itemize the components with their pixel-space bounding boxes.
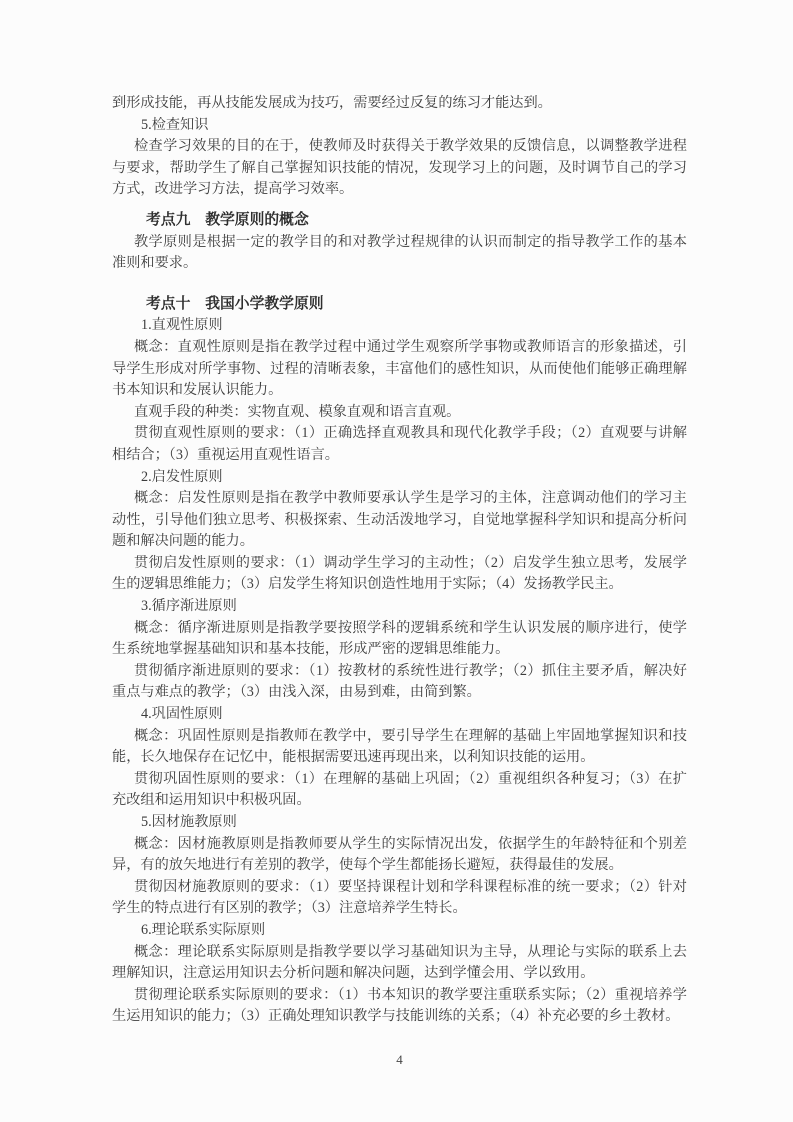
principle-3-requirements: 贯彻循序渐进原则的要求：（1）按教材的系统性进行教学；（2）抓住主要矛盾，解决好… — [112, 661, 687, 704]
paragraph-continuation: 到形成技能，再从技能发展成为技巧，需要经过反复的练习才能达到。 — [112, 93, 687, 115]
section-heading-kaodian-10: 考点十 我国小学教学原则 — [112, 294, 687, 316]
principle-4-requirements: 贯彻巩固性原则的要求：（1）在理解的基础上巩固；（2）重视组织各种复习；（3）在… — [112, 769, 687, 812]
principle-title-4: 4.巩固性原则 — [112, 704, 687, 726]
principle-2-concept: 概念：启发性原则是指在教学中教师要承认学生是学习的主体，注意调动他们的学习主动性… — [112, 488, 687, 553]
principle-4-concept: 概念：巩固性原则是指教师在教学中，要引导学生在理解的基础上牢固地掌握知识和技能，… — [112, 726, 687, 769]
principle-2-requirements: 贯彻启发性原则的要求：（1）调动学生学习的主动性；（2）启发学生独立思考，发展学… — [112, 553, 687, 596]
principle-title-2: 2.启发性原则 — [112, 467, 687, 489]
principle-1-requirements: 贯彻直观性原则的要求：（1）正确选择直观教具和现代化教学手段；（2）直观要与讲解… — [112, 423, 687, 466]
principle-1-concept: 概念：直观性原则是指在教学过程中通过学生观察所学事物或教师语言的形象描述，引导学… — [112, 337, 687, 402]
paragraph-check-knowledge: 检查学习效果的目的在于，使教师及时获得关于教学效果的反馈信息，以调整教学进程与要… — [112, 136, 687, 201]
principle-6-concept: 概念：理论联系实际原则是指教学要以学习基础知识为主导，从理论与实际的联系上去理解… — [112, 942, 687, 985]
principle-title-6: 6.理论联系实际原则 — [112, 920, 687, 942]
principle-title-1: 1.直观性原则 — [112, 315, 687, 337]
page-number: 4 — [112, 1049, 687, 1071]
principle-title-5: 5.因材施教原则 — [112, 812, 687, 834]
principle-5-requirements: 贯彻因材施教原则的要求：（1）要坚持课程计划和学科课程标准的统一要求；（2）针对… — [112, 877, 687, 920]
list-item-title-check-knowledge: 5.检查知识 — [112, 115, 687, 137]
document-page: 到形成技能，再从技能发展成为技巧，需要经过反复的练习才能达到。 5.检查知识 检… — [0, 0, 793, 1122]
principle-5-concept: 概念：因材施教原则是指教师要从学生的实际情况出发，依据学生的年龄特征和个别差异，… — [112, 834, 687, 877]
section-heading-kaodian-9: 考点九 教学原则的概念 — [112, 210, 687, 232]
paragraph-kaodian-9-body: 教学原则是根据一定的教学目的和对教学过程规律的认识而制定的指导教学工作的基本准则… — [112, 232, 687, 275]
principle-6-requirements: 贯彻理论联系实际原则的要求：（1）书本知识的教学要注重联系实际；（2）重视培养学… — [112, 985, 687, 1028]
principle-1-types: 直观手段的种类：实物直观、模象直观和语言直观。 — [112, 402, 687, 424]
principle-3-concept: 概念：循序渐进原则是指教学要按照学科的逻辑系统和学生认识发展的顺序进行，使学生系… — [112, 618, 687, 661]
principle-title-3: 3.循序渐进原则 — [112, 596, 687, 618]
document-body: 到形成技能，再从技能发展成为技巧，需要经过反复的练习才能达到。 5.检查知识 检… — [112, 93, 687, 1028]
